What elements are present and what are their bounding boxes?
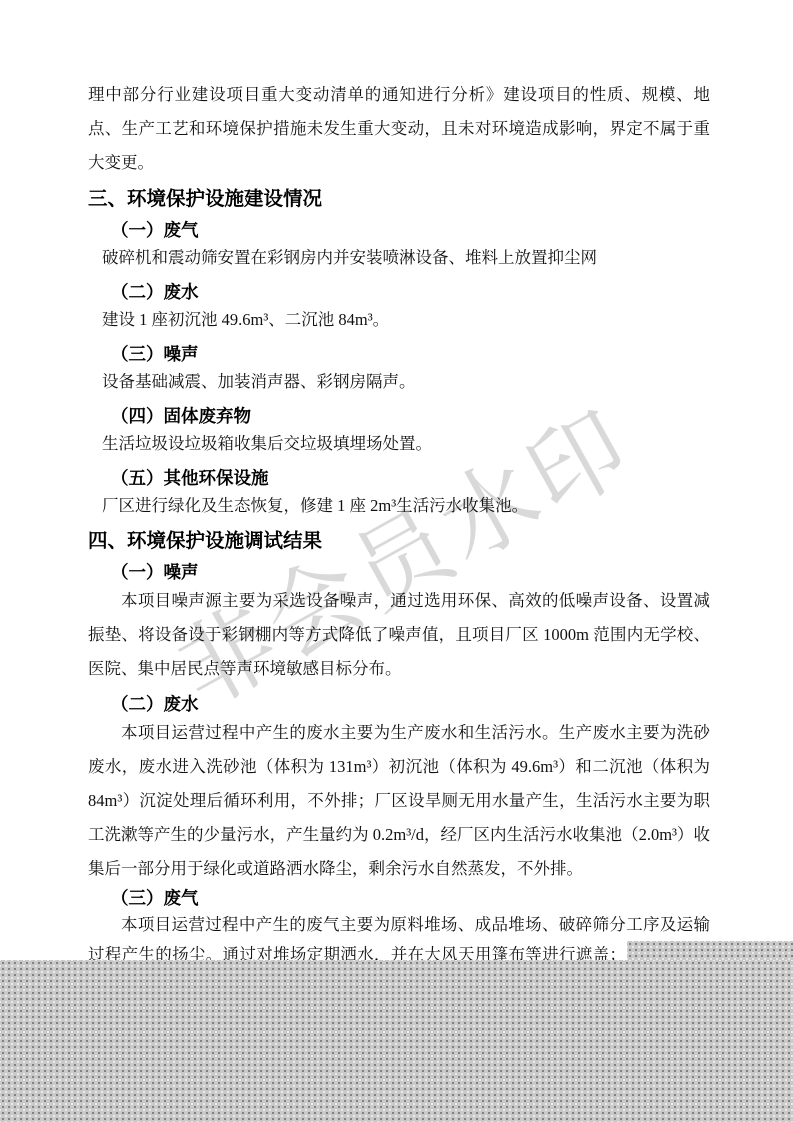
subsection-3-2-body: 建设 1 座初沉池 49.6m³、二沉池 84m³。 (88, 304, 710, 336)
subsection-4-1-heading: （一）噪声 (88, 560, 710, 584)
intro-paragraph: 理中部分行业建设项目重大变动清单的通知进行分析》建设项目的性质、规模、地点、生产… (88, 78, 710, 180)
subsection-4-3-heading: （三）废气 (88, 886, 710, 910)
subsection-3-5-body: 厂区进行绿化及生态恢复，修建 1 座 2m³生活污水收集池。 (88, 490, 710, 522)
redaction-band (0, 960, 793, 1122)
subsection-3-4-heading: （四）固体废弃物 (88, 404, 710, 428)
section-4-title: 四、环境保护设施调试结果 (88, 528, 710, 554)
subsection-3-5-heading: （五）其他环保设施 (88, 466, 710, 490)
subsection-3-2-heading: （二）废水 (88, 280, 710, 304)
subsection-4-2-paragraph: 本项目运营过程中产生的废水主要为生产废水和生活污水。生产废水主要为洗砂废水，废水… (88, 716, 710, 886)
subsection-4-2-heading: （二）废水 (88, 692, 710, 716)
subsection-3-4-body: 生活垃圾设垃圾箱收集后交垃圾填埋场处置。 (88, 428, 710, 460)
subsection-3-3-body: 设备基础减震、加装消声器、彩钢房隔声。 (88, 366, 710, 398)
subsection-3-1-heading: （一）废气 (88, 218, 710, 242)
document-content: 理中部分行业建设项目重大变动清单的通知进行分析》建设项目的性质、规模、地点、生产… (88, 78, 710, 1000)
subsection-3-3-heading: （三）噪声 (88, 342, 710, 366)
subsection-3-1-body: 破碎机和震动筛安置在彩钢房内并安装喷淋设备、堆料上放置抑尘网 (88, 242, 710, 274)
section-3-title: 三、环境保护设施建设情况 (88, 186, 710, 212)
redaction-patch (627, 941, 793, 961)
subsection-4-1-paragraph: 本项目噪声源主要为采选设备噪声，通过选用环保、高效的低噪声设备、设置减振垫、将设… (88, 584, 710, 686)
document-page: 非会员水印 理中部分行业建设项目重大变动清单的通知进行分析》建设项目的性质、规模… (0, 0, 793, 1122)
